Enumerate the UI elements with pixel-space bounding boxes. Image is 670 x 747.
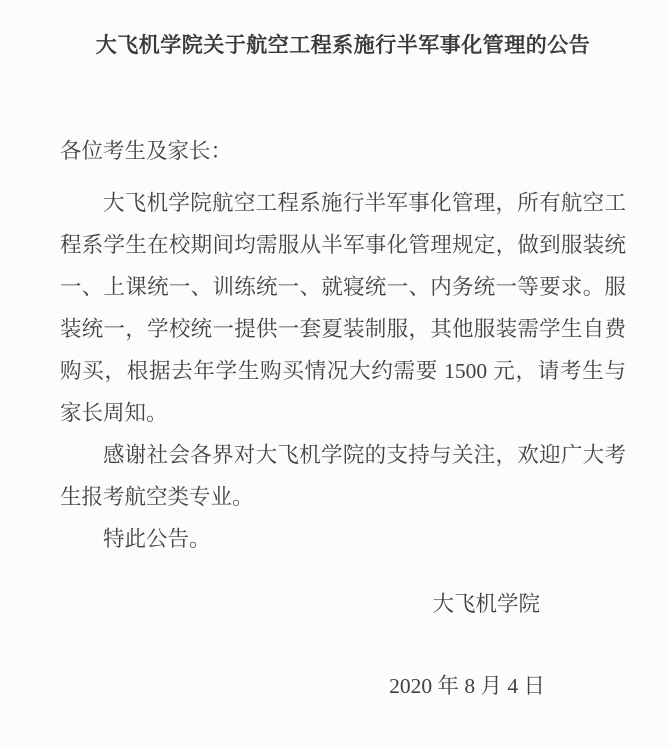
issuer-signature: 大飞机学院	[60, 583, 626, 625]
closing-statement: 特此公告。	[60, 518, 626, 560]
announcement-document: 大飞机学院关于航空工程系施行半军事化管理的公告 各位考生及家长： 大飞机学院航空…	[0, 0, 670, 747]
document-title: 大飞机学院关于航空工程系施行半军事化管理的公告	[60, 25, 626, 67]
issue-date: 2020 年 8 月 4 日	[60, 665, 626, 707]
salutation: 各位考生及家长：	[60, 130, 626, 172]
body-paragraph-2: 感谢社会各界对大飞机学院的支持与关注，欢迎广大考生报考航空类专业。	[60, 434, 626, 518]
body-paragraph-1: 大飞机学院航空工程系施行半军事化管理，所有航空工程系学生在校期间均需服从半军事化…	[60, 182, 626, 434]
